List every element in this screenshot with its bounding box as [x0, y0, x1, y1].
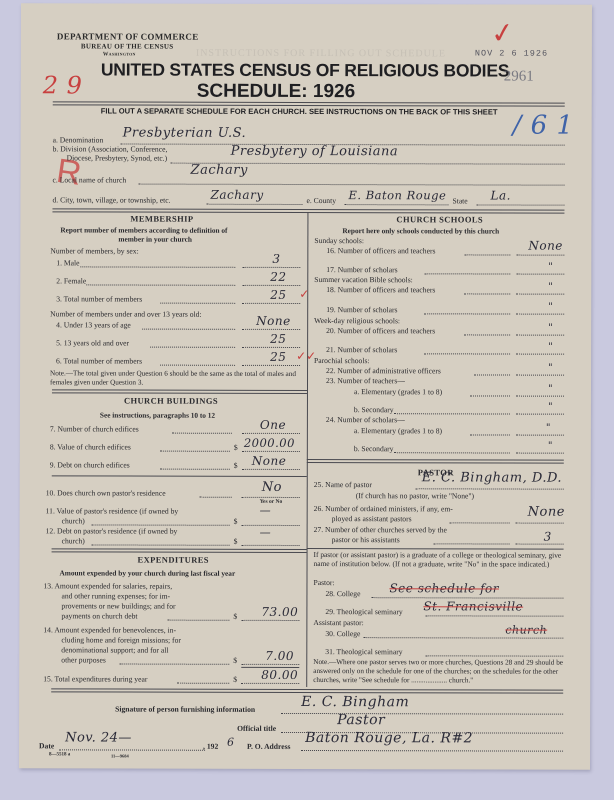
department-label: DEPARTMENT OF COMMERCE [57, 31, 199, 41]
cs20-label: 20. Number of officers and teachers [326, 326, 435, 335]
signature-line [281, 713, 563, 715]
red-check-annotation: ✓ [489, 15, 517, 52]
assistants-dots [450, 522, 510, 523]
owns-residence-answer-line [242, 497, 300, 498]
cs18-dots [464, 293, 510, 294]
seminary-29-line [425, 615, 563, 616]
membership-title: MEMBERSHIP [130, 214, 193, 224]
cs24a-dots [470, 434, 510, 435]
under-13-answer-line [242, 329, 300, 330]
college-28-label: 28. College [325, 589, 360, 598]
sunday-schools-label: Sunday schools: [314, 236, 364, 245]
cs23a-label: a. Elementary (grades 1 to 8) [354, 387, 442, 396]
members-by-sex-label: Number of members, by sex: [50, 246, 138, 255]
exp13-line1: 13. Amount expended for salaries, repair… [43, 581, 172, 590]
exp15-answer-line [241, 683, 299, 684]
division-value[interactable]: Presbytery of Louisiana [231, 144, 399, 159]
edifices-value-answer-line [242, 451, 300, 452]
church-buildings-title: CHURCH BUILDINGS [124, 396, 218, 406]
cs24b-label: b. Secondary [354, 444, 394, 453]
total-members-2-label: 6. Total number of members [56, 356, 142, 365]
form-subtitle: SCHEDULE: 1926 [197, 81, 355, 103]
cs19-dots [424, 313, 510, 314]
exp13-line3: provements or new buildings; and for [61, 601, 175, 610]
city-field-label: d. City, town, village, or township, etc… [52, 195, 170, 204]
female-value[interactable]: 22 [270, 270, 286, 284]
weekday-schools-label: Week-day religious schools: [314, 316, 400, 325]
state-line [476, 204, 564, 205]
exp14-value[interactable]: 7.00 [265, 649, 294, 663]
residence-value-label-1: 11. Value of pastor's residence (if owne… [46, 506, 179, 515]
cs22-value[interactable]: " [548, 363, 553, 374]
cs24b-value[interactable]: " [548, 441, 553, 452]
owns-residence-dots [200, 497, 232, 498]
assistants-label-2: ployed as assistant pastors [332, 514, 412, 523]
cs17-label: 17. Number of scholars [326, 265, 397, 274]
cs23a-answer-line [516, 396, 564, 397]
date-label: Date [39, 741, 54, 750]
cs19-answer-line [516, 314, 564, 315]
male-answer-line [242, 267, 300, 268]
po-address-line [301, 750, 563, 752]
bleed-through-text: INSTRUCTIONS FOR FILLING OUT SCHEDULE [196, 48, 446, 60]
pastor-name-line [416, 488, 564, 489]
red-number-annotation: 2 9 [43, 71, 83, 99]
buildings-rule [52, 548, 307, 553]
total-members-label: 3. Total number of members [56, 294, 142, 303]
cs22-label: 22. Number of administrative officers [326, 366, 441, 375]
cs19-value[interactable]: " [548, 302, 553, 313]
exp13-dots [167, 620, 229, 621]
cs17-dots [424, 273, 510, 274]
cs24-label: 24. Number of scholars— [326, 415, 405, 424]
membership-rule [52, 389, 307, 394]
cs18-answer-line [516, 294, 564, 295]
residence-debt-label-2: church) [62, 536, 85, 545]
cs16-dots [464, 254, 510, 255]
cs16-answer-line [516, 255, 564, 256]
division-label-line1: b. Division (Association, Conference, [53, 144, 168, 153]
assistant-education-label: Assistant pastor: [313, 618, 363, 627]
residence-value-dollar: $ [234, 517, 238, 526]
cs21-dots [424, 353, 510, 354]
check-mark-icon: ✓ [299, 287, 309, 302]
cs23b-dots [394, 413, 510, 414]
church-schools-subtitle: Report here only schools conducted by th… [342, 226, 499, 235]
received-date-stamp: NOV 2 6 1926 [475, 48, 548, 58]
college-28-value[interactable]: See schedule for [389, 581, 499, 595]
cs18-value[interactable]: " [548, 282, 553, 293]
over-13-answer-line [242, 347, 300, 348]
cs17-value[interactable]: " [548, 262, 553, 273]
pastor-name-hint: (If church has no pastor, write "None") [356, 491, 474, 500]
residence-debt-dollar: $ [234, 537, 238, 546]
date-year-suffix[interactable]: 6 [227, 736, 235, 749]
over-13-dots [150, 347, 235, 348]
male-value[interactable]: 3 [272, 252, 280, 266]
form-number: 8—5518 a [49, 752, 70, 757]
state-value[interactable]: La. [490, 188, 510, 202]
date-value[interactable]: Nov. 24— [65, 730, 132, 745]
form-title: UNITED STATES CENSUS OF RELIGIOUS BODIES [101, 59, 510, 81]
seminary-31-line [425, 655, 563, 656]
other-churches-label-1: 27. Number of other churches served by t… [314, 525, 447, 534]
summer-schools-label: Summer vacation Bible schools: [314, 275, 413, 284]
cs23a-value[interactable]: " [548, 384, 553, 395]
members-age-label: Number of members under and over 13 year… [50, 309, 201, 318]
city-line [206, 204, 302, 205]
edifices-count-label: 7. Number of church edifices [50, 424, 139, 433]
residence-debt-dots [92, 544, 230, 545]
exp14-line2: cluding home and foreign missions; for [61, 635, 181, 644]
seminary-31-label: 31. Theological seminary [325, 647, 402, 656]
signature-value[interactable]: E. C. Bingham [301, 694, 409, 710]
graduate-note: If pastor (or assistant pastor) is a gra… [314, 550, 564, 569]
exp15-dots [177, 683, 229, 684]
parochial-schools-label: Parochial schools: [314, 356, 369, 365]
exp15-dollar: $ [233, 675, 237, 684]
residence-value-value[interactable]: — [260, 504, 272, 517]
city-label: Washington [103, 51, 136, 57]
exp15-label: 15. Total expenditures during year [43, 674, 147, 683]
edifices-debt-dots [160, 469, 230, 470]
bureau-label: BUREAU OF THE CENSUS [81, 42, 174, 50]
membership-subtitle-1: Report number of members according to de… [60, 225, 227, 234]
exp14-line4: other purposes [61, 655, 106, 664]
cs20-dots [464, 334, 510, 335]
local-name-line [139, 184, 565, 186]
state-label: State [452, 196, 467, 205]
under-13-label: 4. Under 13 years of age [56, 320, 131, 329]
over-13-label: 5. 13 years old and over [56, 338, 129, 347]
exp14-dollar: $ [233, 656, 237, 665]
residence-debt-value[interactable]: — [260, 526, 272, 539]
other-churches-label-2: pastor or his assistants [332, 535, 400, 544]
column-divider [306, 212, 308, 687]
denomination-value[interactable]: Presbyterian U.S. [123, 126, 247, 141]
edifices-value-dollar: $ [234, 443, 238, 452]
exp14-dots [119, 664, 229, 665]
female-answer-line [242, 285, 300, 286]
city-value[interactable]: Zachary [210, 188, 263, 202]
exp14-answer-line [241, 664, 299, 665]
total-members-dots [160, 303, 235, 304]
expenditures-subtitle: Amount expended by your church during la… [59, 568, 235, 577]
cs23-label: 23. Number of teachers— [326, 376, 405, 385]
expenditures-title: EXPENDITURES [138, 555, 209, 565]
edifices-value-value[interactable]: 2000.00 [244, 436, 295, 450]
cs18-label: 18. Number of officers and teachers [326, 285, 435, 294]
division-label-line2: Diocese, Presbytery, Synod, etc.) [67, 153, 168, 162]
po-address-label: P. O. Address [247, 742, 290, 751]
cs16-value[interactable]: None [528, 239, 563, 253]
official-title-label: Official title [237, 724, 276, 733]
edifices-debt-dollar: $ [234, 461, 238, 470]
membership-subtitle-2: member in your church [118, 235, 192, 244]
male-dots [80, 266, 235, 267]
cs20-answer-line [516, 335, 564, 336]
denomination-label: a. Denomination [53, 135, 104, 144]
cs21-answer-line [516, 354, 564, 355]
cs23b-answer-line [516, 414, 564, 415]
edifices-count-answer-line [242, 433, 300, 434]
serial-number-stamp: 2961 [504, 69, 534, 86]
cs24a-answer-line [516, 435, 564, 436]
exp13-value[interactable]: 73.00 [261, 605, 298, 619]
footer-rule [51, 688, 563, 693]
exp13-dollar: $ [233, 612, 237, 621]
edifices-debt-label: 9. Debt on church edifices [50, 460, 130, 469]
residence-debt-answer-line [242, 545, 300, 546]
under-13-dots [142, 329, 235, 330]
schools-rule [307, 459, 564, 464]
cs23a-dots [470, 395, 510, 396]
residence-value-label-2: church) [62, 516, 85, 525]
college-30-label: 30. College [325, 629, 360, 638]
county-line [344, 204, 448, 205]
cs22-answer-line [516, 375, 564, 376]
edifices-value-label: 8. Value of church edifices [50, 442, 131, 451]
date-line [59, 749, 205, 750]
male-label: 1. Male [56, 258, 79, 267]
cs20-value[interactable]: " [548, 323, 553, 334]
exp13-line2: and other running expenses; for im- [61, 591, 170, 600]
print-code: 11—9684 [111, 753, 129, 758]
edifices-debt-answer-line [242, 469, 300, 470]
cs24a-value[interactable]: " [546, 423, 551, 434]
cs19-label: 19. Number of scholars [326, 305, 397, 314]
edifices-count-value[interactable]: One [260, 418, 286, 432]
church-schools-title: CHURCH SCHOOLS [396, 214, 483, 224]
census-schedule-form: INSTRUCTIONS FOR FILLING OUT SCHEDULE DE… [19, 3, 592, 769]
cs24a-label: a. Elementary (grades 1 to 8) [354, 426, 442, 435]
cs24b-answer-line [516, 453, 564, 454]
date-year-prefix: , 192 [203, 742, 218, 751]
college-30-line [363, 637, 563, 639]
other-churches-answer-line [516, 544, 564, 545]
total-members-2-answer-line [242, 365, 300, 366]
cs17-answer-line [516, 274, 564, 275]
total-members-answer-line [242, 303, 300, 304]
edifices-count-dots [172, 433, 232, 434]
residence-debt-label-1: 12. Debt on pastor's residence (if owned… [46, 526, 178, 535]
instruction-bar: FILL OUT A SEPARATE SCHEDULE FOR EACH CH… [101, 106, 498, 116]
blue-code-annotation: / 6 1 [513, 111, 574, 141]
pastor-education-label: Pastor: [313, 578, 334, 587]
assistants-answer-line [516, 523, 564, 524]
other-churches-dots [434, 543, 510, 544]
seminary-29-value[interactable]: St. Francisville [423, 599, 523, 613]
total-members-2-value[interactable]: 25 [270, 350, 286, 364]
cs16-label: 16. Number of officers and teachers [326, 246, 435, 255]
owns-residence-label: 10. Does church own pastor's residence [46, 488, 166, 497]
cs22-dots [474, 374, 510, 375]
exp14-line3: denominational support; and for all [61, 645, 168, 654]
other-churches-value[interactable]: 3 [544, 530, 552, 544]
over-13-value[interactable]: 25 [270, 332, 286, 346]
local-name-label: c. Local name of church [53, 175, 127, 184]
cs21-value[interactable]: " [548, 342, 553, 353]
pastor-name-label: 25. Name of pastor [314, 480, 372, 489]
total-members-value[interactable]: 25 [270, 288, 286, 302]
cs21-label: 21. Number of scholars [326, 345, 397, 354]
local-name-value[interactable]: Zachary [191, 163, 248, 178]
owns-residence-value[interactable]: No [262, 480, 282, 495]
assistants-value[interactable]: None [528, 505, 565, 520]
total-members-2-dots [160, 365, 235, 366]
cs24b-dots [394, 452, 510, 453]
assistants-label-1: 26. Number of ordained ministers, if any… [314, 504, 453, 513]
church-buildings-subtitle: See instructions, paragraphs 10 to 12 [100, 410, 215, 419]
pastor-note: Note.—Where one pastor serves two or mor… [313, 658, 563, 686]
signature-label: Signature of person furnishing informati… [115, 705, 255, 714]
exp15-value[interactable]: 80.00 [261, 668, 298, 682]
pastor-name-value[interactable]: E. C. Bingham, D.D. [422, 470, 562, 485]
edifices-value-dots [160, 451, 230, 452]
county-value[interactable]: E. Baton Rouge [348, 188, 446, 202]
membership-note: Note.—The total given under Question 6 s… [50, 369, 304, 388]
po-address-value[interactable]: Baton Rouge, La. R#2 [305, 730, 473, 746]
official-title-value[interactable]: Pastor [337, 712, 385, 728]
exp13-answer-line [241, 620, 299, 621]
cs23b-label: b. Secondary [354, 405, 394, 414]
exp14-line1: 14. Amount expended for benevolences, in… [43, 625, 176, 634]
exp13-line4: payments on church debt [61, 611, 137, 620]
county-label: e. County [306, 196, 336, 205]
college-30-value[interactable]: church [505, 624, 547, 637]
cs23b-value[interactable]: " [548, 402, 553, 413]
female-label: 2. Female [56, 276, 86, 285]
seminary-29-label: 29. Theological seminary [325, 607, 402, 616]
buildings-mid-rule [52, 475, 307, 477]
under-13-value[interactable]: None [256, 314, 291, 328]
edifices-debt-value[interactable]: None [252, 454, 287, 468]
female-dots [86, 284, 235, 285]
